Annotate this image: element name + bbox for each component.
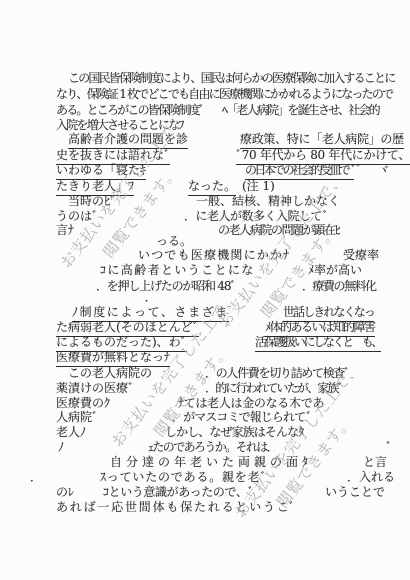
text-fragment: 医療費が無料となっﾅ bbox=[56, 351, 170, 367]
text-fragment: ﾞ bbox=[386, 441, 392, 454]
text-fragment: ﾅては老人は金のなる木であ bbox=[178, 397, 324, 410]
text-fragment: ゛ ヾ bbox=[356, 164, 393, 177]
text-fragment: 入院を増大させることになﾌ bbox=[56, 119, 183, 132]
text-fragment: ある。ところがこの皆保険制度ﾞ bbox=[56, 104, 203, 117]
text-fragment: ．がマスコミで報じられてﾞ bbox=[172, 411, 311, 424]
text-fragment: と言 bbox=[363, 456, 387, 469]
text-fragment: (注 1) bbox=[242, 180, 275, 193]
text-fragment: 一般、結核、精神しかなく bbox=[196, 195, 340, 208]
text-fragment: 薬漬けの医療ﾞ bbox=[56, 382, 134, 395]
text-fragment: あれば一応世間体も保たれるというこﾞ bbox=[56, 501, 297, 514]
text-fragment: 自分達の年老いた両親の面ﾀ bbox=[110, 456, 312, 469]
text-fragment: 療政策、特に「老人病院」の歴 bbox=[240, 133, 404, 149]
text-fragment: ﾒ率が高い bbox=[308, 264, 362, 277]
text-fragment: ．を押し上げたのが昭和 48ﾞ bbox=[96, 280, 235, 293]
text-fragment: ．入れる bbox=[347, 471, 395, 484]
text-fragment: ｪたのであろうか。それは． bbox=[148, 441, 277, 454]
text-fragment: のﾚ bbox=[56, 486, 74, 499]
text-fragment: 人病院ﾞ bbox=[56, 411, 98, 424]
text-fragment: 活保護扱いにしなくと も、 bbox=[255, 336, 381, 352]
text-fragment: なり、保険証 1 枚でどこでも自由に医療機関にかかれるようになったので bbox=[56, 88, 392, 101]
text-fragment: 受療率 bbox=[343, 249, 379, 262]
text-fragment: いわゆる「寝たｷ bbox=[56, 164, 146, 180]
text-fragment: 高齢者介護の問題を診 bbox=[68, 133, 188, 149]
text-fragment: ． bbox=[30, 471, 42, 484]
text-fragment: ．に老人が数多く入院してﾞ bbox=[184, 210, 328, 223]
text-fragment: しかし、なぜ家族はそんなﾀ bbox=[165, 426, 303, 439]
text-fragment: ﾍ「老人病院」を誕生させ、社会的 bbox=[222, 104, 379, 117]
text-fragment: 老人ﾉ bbox=[56, 426, 86, 439]
text-fragment: っる。 bbox=[156, 235, 192, 248]
text-fragment: いうことで bbox=[325, 486, 385, 499]
text-fragment: 医療費のｸ bbox=[56, 397, 110, 410]
text-fragment: ｺという意識があったので、ﾞ bbox=[103, 486, 253, 499]
text-fragment: いつでも医療機関にかかﾅ bbox=[138, 249, 290, 262]
text-fragment: ﾉ bbox=[58, 441, 64, 454]
document-page: この国民皆保険制度により、国民は何らかの医療保険に加入することになり、保険証 1… bbox=[0, 0, 410, 580]
text-fragment: 言ﾅ bbox=[56, 224, 74, 237]
text-fragment: ．の人件費を切り詰めて検査ﾞ bbox=[205, 367, 349, 380]
text-fragment: ｽっていたのである。親を老ﾞ bbox=[100, 471, 267, 484]
text-fragment: ．療費の無料化 bbox=[302, 280, 376, 293]
text-fragment: ｺに高齢者ということにな bbox=[100, 264, 255, 277]
text-fragment: うのはﾞ bbox=[56, 210, 98, 223]
text-fragment: 当時のﾋﾞ bbox=[68, 195, 116, 208]
text-fragment: ．的に行われていたが、家族ﾞ bbox=[205, 382, 342, 395]
text-fragment: の日本での社会的受皿でﾞ bbox=[245, 164, 354, 180]
text-fragment: この国民皆保険制度により、国民は何らかの医療保険に加入することに bbox=[68, 72, 394, 85]
text-fragment: この老人病院の bbox=[68, 367, 152, 380]
text-fragment: の老人病院の問題が顕在ﾋ bbox=[218, 224, 339, 237]
